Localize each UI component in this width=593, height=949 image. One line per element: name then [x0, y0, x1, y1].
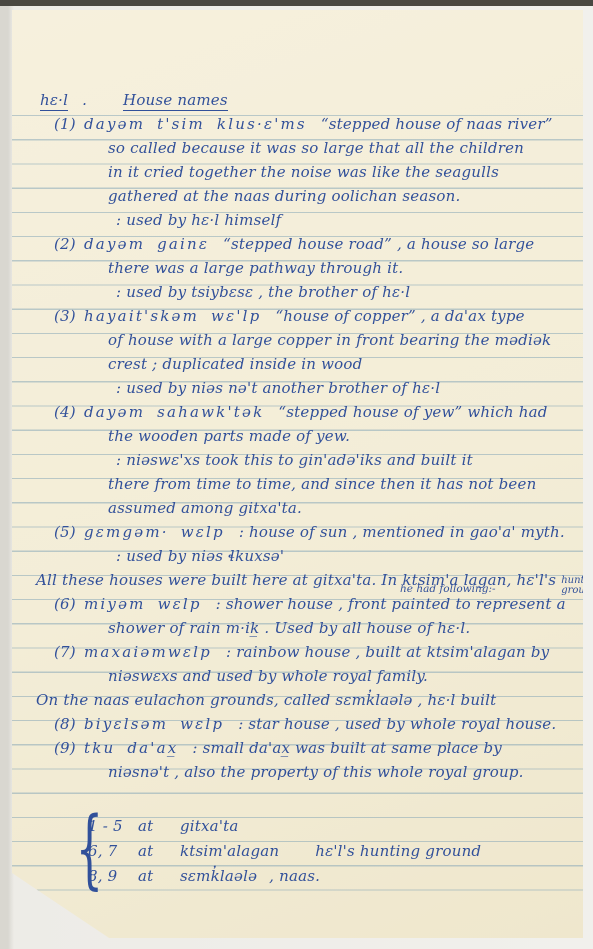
gloss-text: “stepped house of yew” which had	[278, 403, 547, 421]
phonetic-name: gɛmgəm· wɛlp	[84, 523, 225, 541]
line-text: : used by niəs ɬkuxsə'	[116, 547, 284, 565]
text-line: : used by niəs nə't another brother of h…	[116, 376, 573, 400]
text-line: there was a large pathway through it.	[108, 256, 573, 280]
entry-line-3: (3)hayait'skəm wɛ'lp“house of copper” , …	[54, 304, 573, 328]
entry-line-6: (6)miyəm wɛlp: shower house , front pain…	[54, 592, 573, 616]
entry-number: (8)	[54, 712, 84, 736]
summary-at: at	[138, 839, 180, 864]
text-line: assumed among gitxa'ta.	[108, 496, 573, 520]
line-text: so called because it was so large that a…	[108, 139, 524, 157]
summary-row: 6, 7atktsim'alaganhɛ'l's hunting ground	[88, 839, 573, 864]
title-separator: .	[82, 91, 87, 109]
entry-number: (7)	[54, 640, 84, 664]
entry-line-2: (2)dayəm gainɛ“stepped house road” , a h…	[54, 232, 573, 256]
entry-line-7: (7)maxaiəmwɛlp: rainbow house , built at…	[54, 640, 573, 664]
text-line: the wooden parts made of yew.	[108, 424, 573, 448]
line-text: crest ; duplicated inside in wood	[108, 355, 362, 373]
text-line: shower of rain m·ik̲ . Used by all house…	[108, 616, 573, 640]
entry-line-1: (1)dayəm t'sim klus·ɛ'ms“stepped house o…	[54, 112, 573, 136]
blank-space	[28, 784, 573, 814]
phonetic-name: dayəm sahawk'tək	[84, 403, 264, 421]
phonetic-name: hayait'skəm wɛ'lp	[84, 307, 261, 325]
text-line: gathered at the naas during oolichan sea…	[108, 184, 573, 208]
page-title: hɛ·l.House names	[40, 88, 573, 112]
phonetic-name: miyəm wɛlp	[84, 595, 202, 613]
phonetic-name: dayəm gainɛ	[84, 235, 209, 253]
line-text: there was a large pathway through it.	[108, 259, 403, 277]
entry-line-4: (4)dayəm sahawk'tək“stepped house of yew…	[54, 400, 573, 424]
gloss-text: : small da'ax̲ was built at same place b…	[192, 739, 502, 757]
curly-brace-icon: {	[76, 806, 103, 892]
title-text: House names	[123, 91, 228, 111]
entry-line-9: (9)tku da'ax̲: small da'ax̲ was built at…	[54, 736, 573, 760]
text-line: niəswɛxs and used by whole royal family.	[108, 664, 573, 688]
line-text: : used by niəs nə't another brother of h…	[116, 379, 440, 397]
line-text: assumed among gitxa'ta.	[108, 499, 302, 517]
text-line: : used by hɛ·l himself	[116, 208, 573, 232]
gloss-text: : shower house , front painted to repres…	[216, 595, 566, 613]
line-text: shower of rain m·ik̲ . Used by all house…	[108, 619, 470, 637]
gloss-text: : rainbow house , built at ktsim'alagan …	[226, 643, 549, 661]
notebook-page: hɛ·l.House names (1)dayəm t'sim klus·ɛ'm…	[12, 10, 583, 938]
entry-number: (2)	[54, 232, 84, 256]
text-line: : used by tsiybɛsɛ , the brother of hɛ·l	[116, 280, 573, 304]
gloss-text: “stepped house of naas river”	[321, 115, 553, 133]
line-text: there from time to time, and since then …	[108, 475, 536, 493]
line-text: On the naas eulachon grounds, called sɛm…	[36, 691, 496, 709]
line-text: : used by tsiybɛsɛ , the brother of hɛ·l	[116, 283, 410, 301]
phonetic-name: biyɛlsəm wɛlp	[84, 715, 224, 733]
summary-note: hɛ'l's hunting ground	[315, 842, 481, 860]
summary-row: 8, 9atsɛmk̓laələ, naas.	[88, 864, 573, 889]
phonetic-name: dayəm t'sim klus·ɛ'ms	[84, 115, 307, 133]
line-text: gathered at the naas during oolichan sea…	[108, 187, 460, 205]
gloss-text: “house of copper” , a da'ax type	[275, 307, 524, 325]
line-text: : used by hɛ·l himself	[116, 211, 281, 229]
scan-top-edge	[0, 0, 593, 6]
title-word: hɛ·l	[40, 91, 68, 111]
summary-place: ktsim'alagan	[180, 842, 279, 860]
entry-line-5: (5)gɛmgəm· wɛlp: house of sun , mentione…	[54, 520, 573, 544]
text-line: : niəswɛ'xs took this to gin'adə'iks and…	[116, 448, 573, 472]
summary-note: , naas.	[269, 867, 320, 885]
entry-number: (6)	[54, 592, 84, 616]
line-text: : niəswɛ'xs took this to gin'adə'iks and…	[116, 451, 473, 469]
handwritten-content: hɛ·l.House names (1)dayəm t'sim klus·ɛ'm…	[28, 88, 573, 889]
phonetic-name: maxaiəmwɛlp	[84, 643, 212, 661]
summary-block: { 1 - 5atgitxa'ta 6, 7atktsim'alaganhɛ'l…	[88, 814, 573, 889]
entry-number: (4)	[54, 400, 84, 424]
text-line: of house with a large copper in front be…	[108, 328, 573, 352]
summary-place: gitxa'ta	[180, 817, 239, 835]
entry-number: (9)	[54, 736, 84, 760]
line-text: niəsnə't , also the property of this who…	[108, 763, 524, 781]
summary-place: sɛmk̓laələ	[180, 867, 257, 885]
note-text: he had following:-	[400, 583, 496, 595]
gloss-text: : star house , used by whole royal house…	[238, 715, 556, 733]
line-text: the wooden parts made of yew.	[108, 427, 350, 445]
text-line: in it cried together the noise was like …	[108, 160, 573, 184]
line-text: of house with a large copper in front be…	[108, 331, 551, 349]
text-line: crest ; duplicated inside in wood	[108, 352, 573, 376]
summary-at: at	[138, 814, 180, 839]
gloss-text: : house of sun , mentioned in gao'a' myt…	[239, 523, 565, 541]
note-word: ground	[561, 586, 593, 596]
entry-number: (3)	[54, 304, 84, 328]
paragraph-line: On the naas eulachon grounds, called sɛm…	[36, 688, 573, 712]
entry-line-8: (8)biyɛlsəm wɛlp: star house , used by w…	[54, 712, 573, 736]
marginal-note: huntingground	[561, 576, 593, 595]
line-text: niəswɛxs and used by whole royal family.	[108, 667, 428, 685]
gloss-text: “stepped house road” , a house so large	[223, 235, 534, 253]
text-line: niəsnə't , also the property of this who…	[108, 760, 573, 784]
summary-row: 1 - 5atgitxa'ta	[88, 814, 573, 839]
line-text: in it cried together the noise was like …	[108, 163, 499, 181]
entry-number: (5)	[54, 520, 84, 544]
text-line: : used by niəs ɬkuxsə'	[116, 544, 573, 568]
summary-at: at	[138, 864, 180, 889]
text-line: so called because it was so large that a…	[108, 136, 573, 160]
text-line: there from time to time, and since then …	[108, 472, 573, 496]
entry-number: (1)	[54, 112, 84, 136]
phonetic-name: tku da'ax̲	[84, 739, 178, 757]
